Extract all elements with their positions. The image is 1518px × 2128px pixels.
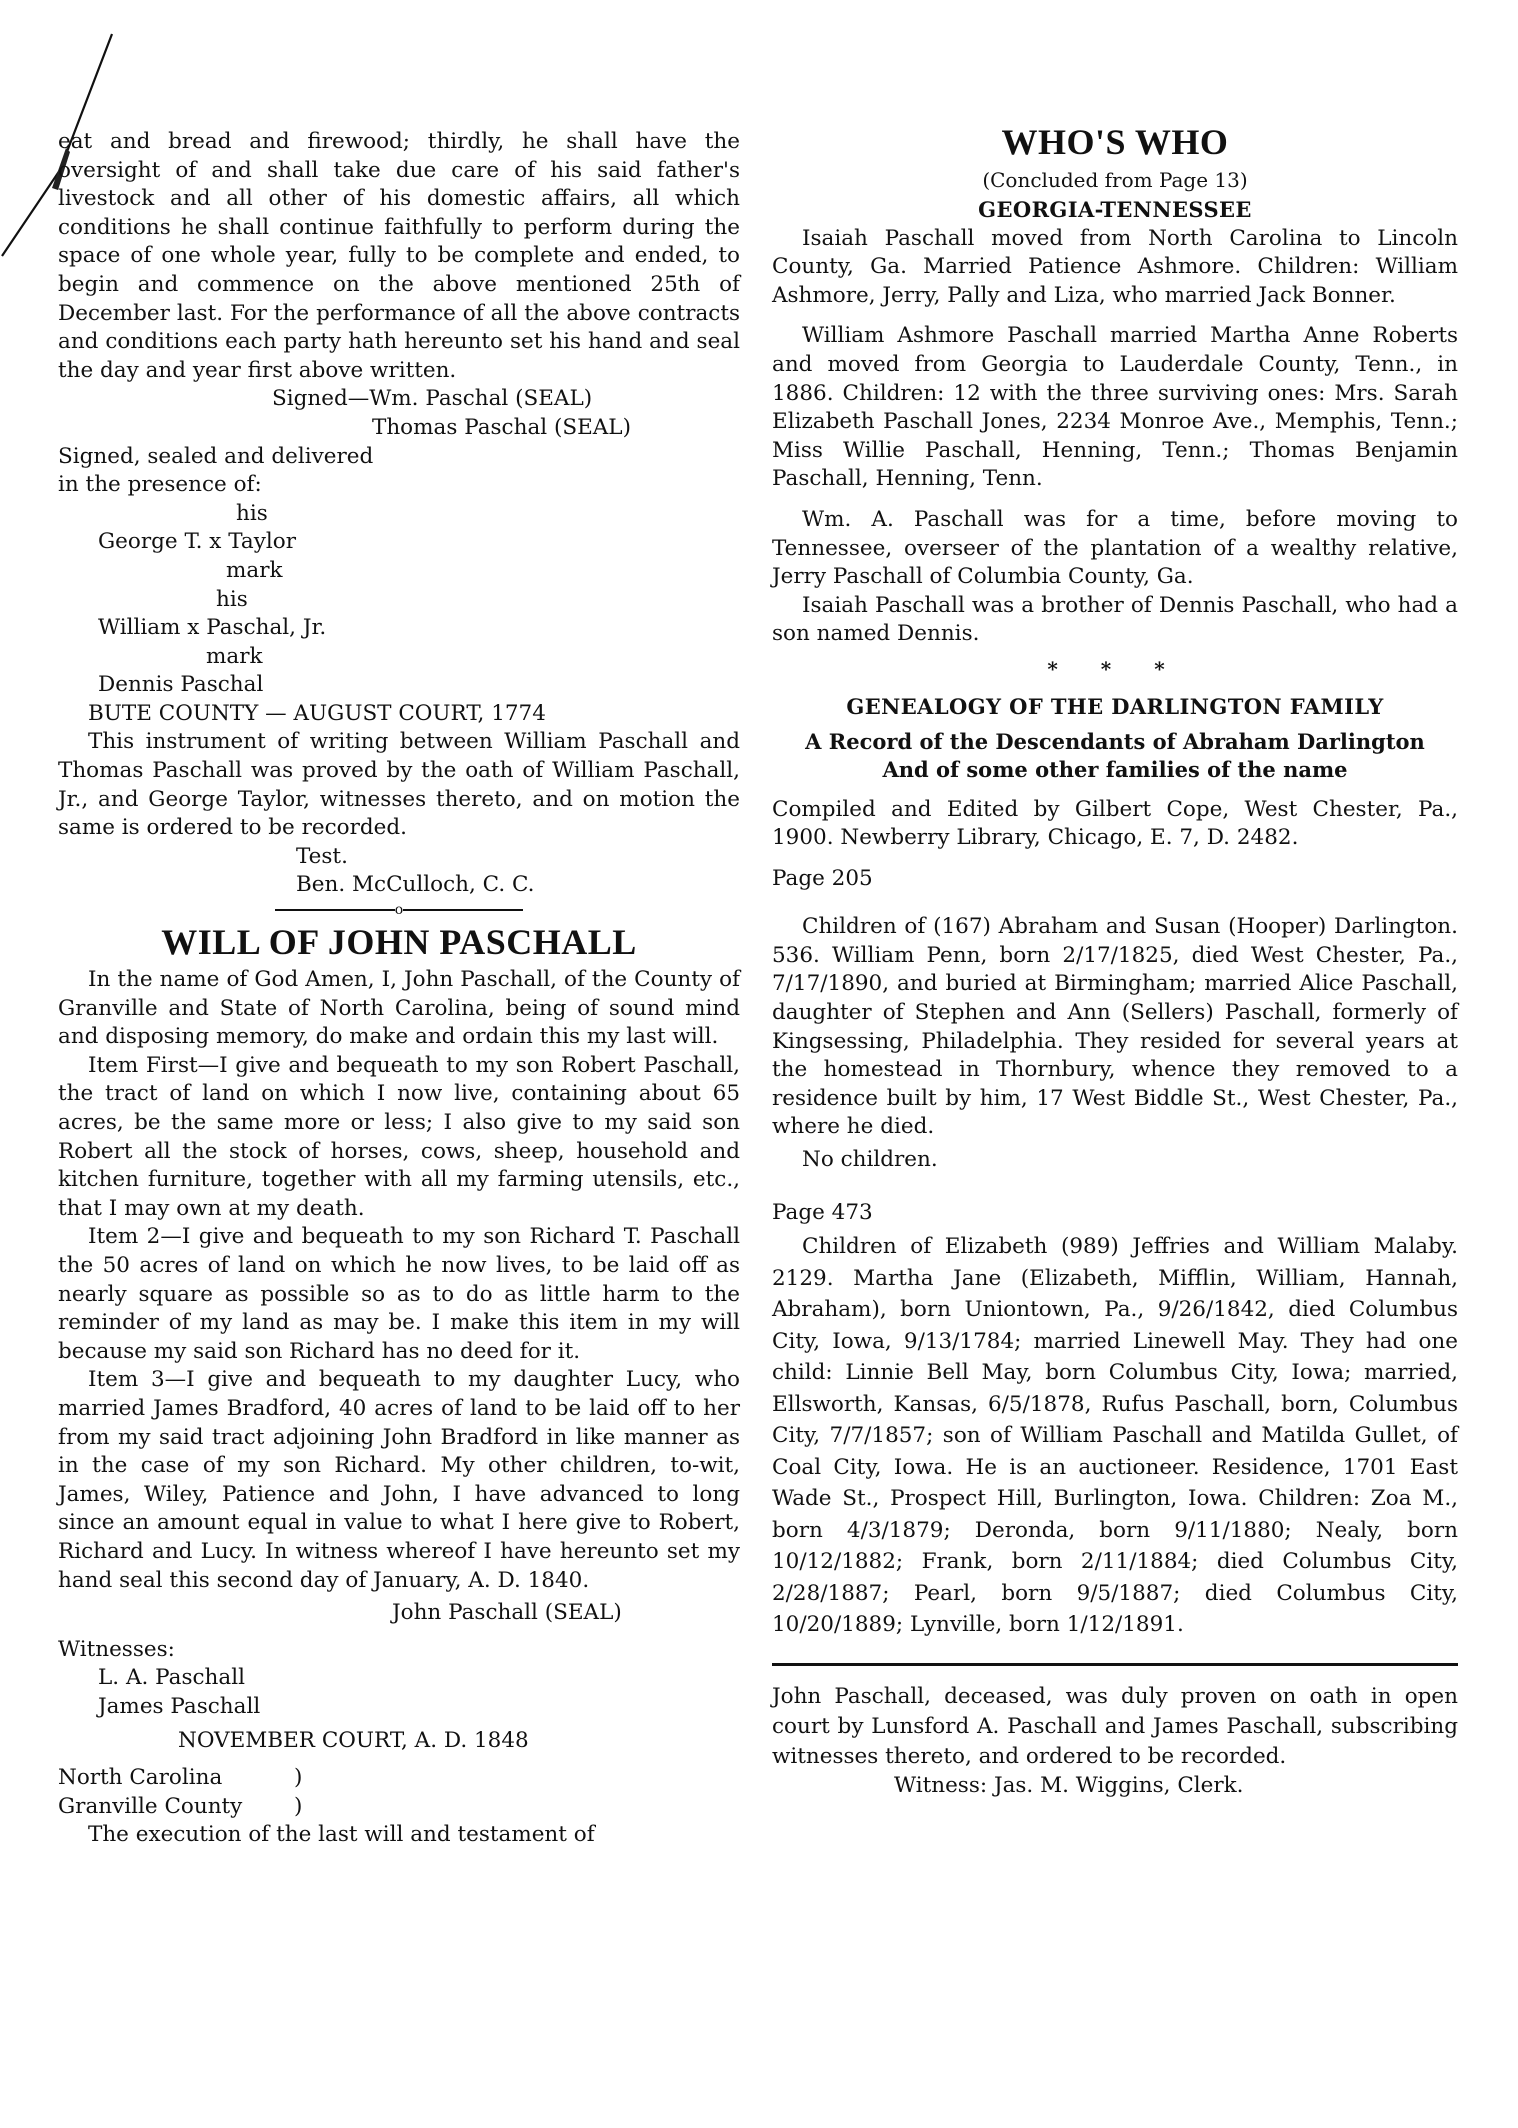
signature-line-2: Thomas Paschal (SEAL): [58, 414, 740, 443]
will-paragraph: Item First—I give and bequeath to my son…: [58, 1052, 740, 1224]
jurisdiction-bracket: ): [294, 1764, 302, 1793]
page-473-label: Page 473: [772, 1199, 1458, 1228]
will-title: WILL OF JOHN PASCHALL: [58, 920, 740, 964]
will-witness-2: James Paschall: [58, 1693, 740, 1722]
jurisdiction-county: Granville County: [58, 1793, 294, 1822]
jurisdiction-state: North Carolina: [58, 1764, 294, 1793]
page-205-label: Page 205: [772, 865, 1458, 894]
whos-who-paragraph: Wm. A. Paschall was for a time, before m…: [772, 506, 1458, 592]
jurisdiction-row: North Carolina ): [58, 1764, 740, 1793]
november-court-heading: NOVEMBER COURT, A. D. 1848: [58, 1727, 740, 1756]
will-witness-1: L. A. Paschall: [58, 1664, 740, 1693]
genealogy-heading: GENEALOGY OF THE DARLINGTON FAMILY: [772, 692, 1458, 722]
georgia-tennessee-heading: GEORGIA-TENNESSEE: [772, 195, 1458, 225]
ornament-rule-right: [403, 909, 523, 911]
presence-line-1: Signed, sealed and delivered: [58, 443, 740, 472]
witness-1-name: George T. x Taylor: [58, 528, 740, 557]
ornament-glyph: o: [395, 902, 403, 918]
will-witnesses-label: Witnesses:: [58, 1636, 740, 1665]
ornament-rule-left: [275, 909, 395, 911]
closing-line: The execution of the last will and testa…: [58, 1821, 740, 1850]
page-205-paragraph: Children of (167) Abraham and Susan (Hoo…: [772, 913, 1458, 1142]
test-signer: Ben. McCulloch, C. C.: [58, 871, 740, 900]
section-ornament: o: [58, 902, 740, 918]
whos-who-subtitle: (Concluded from Page 13): [772, 166, 1458, 195]
page-473-paragraph: Children of Elizabeth (989) Jeffries and…: [772, 1231, 1458, 1641]
will-paragraph: Item 3—I give and bequeath to my daughte…: [58, 1366, 740, 1595]
genealogy-subheading-2: And of some other families of the name: [772, 756, 1458, 784]
bute-county-heading: BUTE COUNTY — AUGUST COURT, 1774: [58, 700, 740, 729]
witness-3-name: Dennis Paschal: [58, 671, 740, 700]
document-page: eat and bread and firewood; thirdly, he …: [0, 0, 1518, 2128]
left-column: eat and bread and firewood; thirdly, he …: [58, 128, 740, 1850]
continuation-paragraph: John Paschall, deceased, was duly proven…: [772, 1682, 1458, 1772]
separator-stars: * * *: [772, 655, 1458, 684]
whos-who-paragraph: Isaiah Paschall was a brother of Dennis …: [772, 592, 1458, 649]
presence-line-2: in the presence of:: [58, 471, 740, 500]
horizontal-rule: [772, 1663, 1458, 1666]
deed-continuation-paragraph: eat and bread and firewood; thirdly, he …: [58, 128, 740, 385]
witness-1-his: his: [58, 500, 740, 529]
whos-who-paragraph: William Ashmore Paschall married Martha …: [772, 322, 1458, 494]
witness-2-his: his: [58, 586, 740, 615]
bute-county-paragraph: This instrument of writing between Willi…: [58, 728, 740, 842]
continuation-witness: Witness: Jas. M. Wiggins, Clerk.: [772, 1772, 1458, 1801]
witness-1-mark: mark: [58, 557, 740, 586]
no-children: No children.: [772, 1146, 1458, 1175]
will-signature: John Paschall (SEAL): [58, 1599, 740, 1628]
whos-who-title: WHO'S WHO: [772, 120, 1458, 164]
whos-who-paragraph: Isaiah Paschall moved from North Carolin…: [772, 225, 1458, 311]
test-label: Test.: [58, 843, 740, 872]
signature-line-1: Signed—Wm. Paschal (SEAL): [58, 385, 740, 414]
witness-2-mark: mark: [58, 643, 740, 672]
genealogy-subheading-1: A Record of the Descendants of Abraham D…: [772, 728, 1458, 756]
jurisdiction-bracket: ): [294, 1793, 302, 1822]
will-paragraph: In the name of God Amen, I, John Paschal…: [58, 966, 740, 1052]
witness-2-name: William x Paschal, Jr.: [58, 614, 740, 643]
compiled-by: Compiled and Edited by Gilbert Cope, Wes…: [772, 796, 1458, 853]
will-paragraph: Item 2—I give and bequeath to my son Ric…: [58, 1223, 740, 1366]
jurisdiction-row: Granville County ): [58, 1793, 740, 1822]
right-column: WHO'S WHO (Concluded from Page 13) GEORG…: [772, 118, 1458, 1800]
